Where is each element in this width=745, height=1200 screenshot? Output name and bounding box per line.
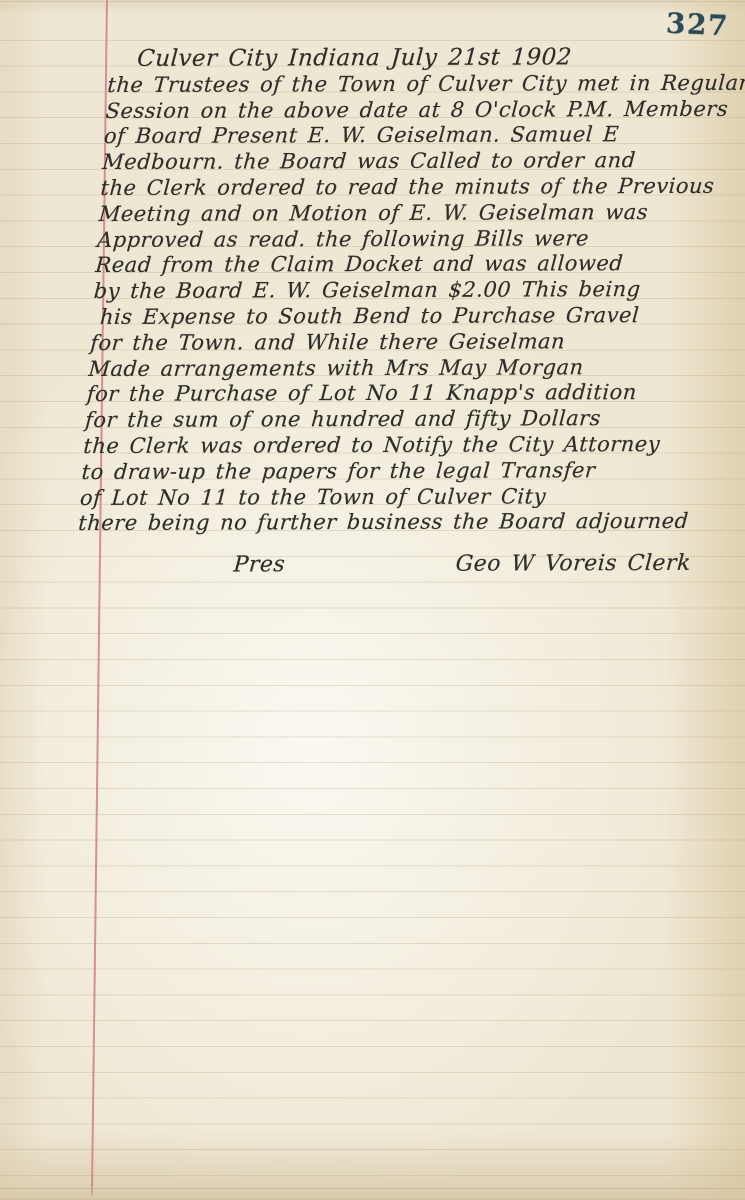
handwritten-line: of Lot No 11 to the Town of Culver City bbox=[77, 483, 714, 511]
page-number: 327 bbox=[665, 7, 729, 43]
signature-row: Pres Geo W Voreis Clerk bbox=[72, 551, 709, 585]
page-bottom-edge bbox=[0, 1188, 745, 1200]
handwritten-line: Read from the Claim Docket and was allow… bbox=[93, 251, 730, 279]
handwritten-line: Meeting and on Motion of E. W. Geiselman… bbox=[96, 200, 733, 228]
handwritten-line: of Board Present E. W. Geiselman. Samuel… bbox=[101, 122, 738, 150]
handwritten-line: the Trustees of the Town of Culver City … bbox=[105, 71, 742, 99]
handwritten-line: Approved as read. the following Bills we… bbox=[94, 225, 731, 253]
president-signature-label: Pres bbox=[233, 552, 286, 577]
handwritten-line: for the Town. and While there Geiselman bbox=[87, 329, 724, 357]
handwritten-line: his Expense to South Bend to Purchase Gr… bbox=[89, 303, 726, 331]
handwritten-line: Session on the above date at 8 O'clock P… bbox=[103, 96, 740, 124]
handwritten-line: by the Board E. W. Geiselman $2.00 This … bbox=[91, 277, 728, 305]
handwritten-line: the Clerk ordered to read the minuts of … bbox=[98, 174, 735, 202]
handwritten-line: the Clerk was ordered to Notify the City… bbox=[81, 432, 718, 460]
handwritten-line: Medbourn. the Board was Called to order … bbox=[99, 148, 736, 176]
clerk-signature: Geo W Voreis Clerk bbox=[455, 551, 692, 577]
handwritten-line: for the Purchase of Lot No 11 Knapp's ad… bbox=[84, 380, 721, 408]
ledger-page: 327 Culver City Indiana July 21st 1902 t… bbox=[0, 0, 745, 1200]
handwritten-line: to draw-up the papers for the legal Tran… bbox=[79, 458, 716, 486]
handwritten-line: for the sum of one hundred and fifty Dol… bbox=[82, 406, 719, 434]
handwritten-minutes: Culver City Indiana July 21st 1902 the T… bbox=[72, 45, 743, 585]
handwritten-line: there being no further business the Boar… bbox=[75, 509, 712, 537]
handwritten-line: Made arrangements with Mrs May Morgan bbox=[86, 354, 723, 382]
handwritten-line-heading: Culver City Indiana July 21st 1902 bbox=[106, 45, 743, 73]
